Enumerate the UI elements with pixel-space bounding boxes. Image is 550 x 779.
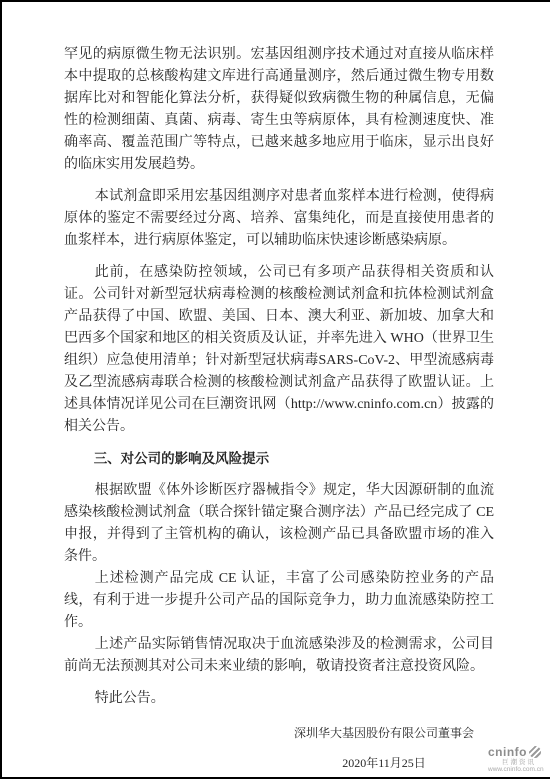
document-body: 罕见的病原微生物无法识别。宏基因组测序技术通过对直接从临床样本中提取的总核酸构建… <box>2 2 550 774</box>
announcement-page: { "doc": { "paragraphs": { "p1": "罕见的病原微… <box>0 0 550 779</box>
cninfo-url-text: www.cninfo.com.cn <box>488 766 550 773</box>
cninfo-watermark: cninfo 巨潮资讯 www.cninfo.com.cn <box>488 746 550 773</box>
paragraph: 上述产品实际销售情况取决于血流感染涉及的检测需求，公司目前尚无法预测其对公司未来… <box>64 634 494 678</box>
paragraph: 根据欧盟《体外诊断医疗器械指令》规定，华大因源研制的血流感染核酸检测试剂盒（联合… <box>64 480 494 568</box>
paragraph: 本试剂盒即采用宏基因组测序对患者血浆样本进行检测，使得病原体的鉴定不需要经过分离… <box>64 186 494 252</box>
closing-statement: 特此公告。 <box>64 688 494 710</box>
signature-date: 2020年11月25日 <box>294 752 474 774</box>
signature-company: 深圳华大基因股份有限公司董事会 <box>294 722 474 744</box>
cninfo-chinese-label: 巨潮资讯 <box>502 759 550 766</box>
section-heading: 三、对公司的影响及风险提示 <box>64 448 494 470</box>
paragraph: 上述检测产品完成 CE 认证，丰富了公司感染防控业务的产品线，有利于进一步提升公… <box>64 568 494 634</box>
signature-block: 深圳华大基因股份有限公司董事会 2020年11月25日 <box>64 722 494 774</box>
cninfo-brand-text: cninfo <box>488 746 527 759</box>
paragraph-continuation: 罕见的病原微生物无法识别。宏基因组测序技术通过对直接从临床样本中提取的总核酸构建… <box>64 44 494 176</box>
cninfo-swirl-icon <box>529 746 541 758</box>
paragraph: 此前，在感染防控领域，公司已有多项产品获得相关资质和认证。公司针对新型冠状病毒检… <box>64 262 494 438</box>
